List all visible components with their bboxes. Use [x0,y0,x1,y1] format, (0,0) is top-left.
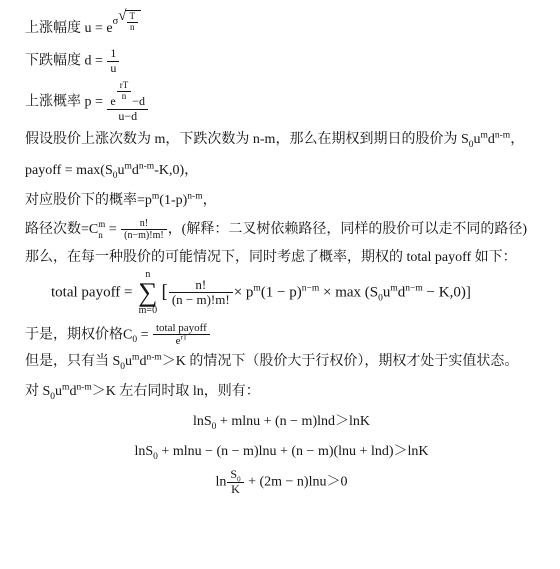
fraction-rT-n: rTn [117,81,132,102]
fraction-denominator: (n − m)!m! [169,293,233,308]
text-run: 但是，只有当 S [25,354,120,369]
text-run: × p [234,284,254,300]
fraction-numerator: 1 [107,47,119,62]
exponent-block: σ√Tn [113,10,141,33]
summation-symbol: n∑m=0 [138,270,157,316]
formula-ln-step3: lnS0K + (2m − n)lnu＞0 [25,468,538,497]
fraction-S0-K: S0K [227,468,243,497]
text-run: u [125,354,132,369]
fraction-numerator: n! [121,218,167,230]
formula-path-count: 路径次数=Cmn = n!(n−m)!m!，(解释：二叉树依赖路径，同样的股价可… [25,218,538,241]
fraction-numerator: n! [169,278,233,294]
superscript-rT: rT [181,334,188,342]
fraction-denominator: u [107,62,119,76]
numerator-tail: −d [132,94,145,108]
fraction-denominator: u−d [107,110,148,124]
formula-up-factor-label: 上涨幅度 u = e [25,21,113,36]
paragraph-total-payoff-intro: 那么，在每一种股价的可能情况下，同时考虑了概率，期权的 total payoff… [25,246,538,266]
text-run: 路径次数=C [25,222,98,237]
superscript-n-m: n-m [187,191,202,201]
fraction-denominator: erT [153,335,210,348]
superscript-n-m: n−m [302,283,320,293]
open-bracket: [ [162,281,168,302]
fraction-discount: total payofferT [153,322,210,348]
text-run: u [55,384,62,399]
formula-payoff: payoff = max(S0umdn-m-K,0)， [25,159,538,179]
fraction-1-u: 1u [107,47,119,76]
text-run: ＞K 左右同时取 ln，则有： [92,384,260,399]
text-run: -K,0)， [154,163,198,178]
superscript-n-m: n-m [139,161,154,171]
formula-ln-step1: lnS0 + mlnu + (n − m)lnd＞lnK [25,410,538,430]
superscript-n-m: n-m [146,352,161,362]
text-run: payoff = max(S [25,163,113,178]
superscript-m: m [480,130,487,140]
paragraph-assumption: 假设股价上涨次数为 m，下跌次数为 n-m，那么在期权到期日的股价为 S0umd… [25,128,538,148]
formula-option-price: 于是，期权价格C0 = total payofferT [25,322,538,348]
text-run: ，(解释：二叉树依赖路径，同样的股价可以走不同的路径) [168,222,527,237]
formula-up-probability-label: 上涨概率 p = [25,95,106,110]
superscript-n-m: n-m [495,130,510,140]
document-page: 上涨幅度 u = eσ√Tn 下跌幅度 d = 1u 上涨概率 p = erTn… [0,0,560,497]
text-run: ln [216,475,227,490]
fraction-numerator: erTn−d [107,81,148,110]
text-run: + (2m − n)lnu＞0 [245,475,348,490]
formula-total-payoff-sum: total payoff = n∑m=0[n!(n − m)!m!× pm(1 … [51,270,538,316]
text-run: (1-p) [159,193,187,208]
sqrt-content: Tn [125,10,142,33]
sqrt-expression: √Tn [118,10,141,33]
fraction-numerator: S0 [227,468,243,483]
text-run: (1 − p) [261,284,302,300]
text-run: 那么，在每一种股价的可能情况下，同时考虑了概率，期权的 total payoff… [25,250,517,265]
text-run: = [137,327,152,342]
formula-probability: 对应股价下的概率=pm(1-p)n-m， [25,189,538,209]
fraction-denominator: K [227,483,243,497]
text-run: = [105,222,120,237]
text-run: 对 S [25,384,50,399]
fraction-denominator: (n−m)!m! [121,230,167,241]
sum-lower-limit: m=0 [139,306,157,316]
paragraph-itm-condition: 但是，只有当 S0umdn-m＞K 的情况下（股价大于行权价），期权才处于实值状… [25,350,538,370]
formula-up-factor: 上涨幅度 u = eσ√Tn [25,10,538,37]
formula-down-factor: 下跌幅度 d = 1u [25,47,538,76]
fraction-p: erTn−du−d [107,81,148,123]
fraction-combination: n!(n − m)!m! [169,278,233,309]
text-run: lnS [134,444,153,459]
text-run: 假设股价上涨次数为 m，下跌次数为 n-m，那么在期权到期日的股价为 S [25,132,469,147]
text-run: + mlnu + (n − m)lnd＞lnK [216,414,370,429]
fraction-combination: n!(n−m)!m! [121,218,167,241]
e-base: e [110,94,115,108]
superscript-m: m [124,161,131,171]
text-run: total payoff = [51,284,136,300]
fraction-denominator: n [127,23,139,33]
text-run: ， [203,193,217,208]
formula-up-probability: 上涨概率 p = erTn−du−d [25,81,538,123]
fraction-T-n: Tn [127,12,139,33]
formula-down-factor-label: 下跌幅度 d = [25,53,106,68]
text-run: d [132,163,139,178]
text-run: d [488,132,495,147]
fraction-denominator: n [117,92,132,102]
text-run: 于是，期权价格C [25,327,132,342]
formula-ln-step2: lnS0 + mlnu − (n − m)lnu + (n − m)(lnu +… [25,440,538,460]
text-run: × max (S [319,284,378,300]
text-run: ＞K 的情况下（股价大于行权价），期权才处于实值状态。 [162,354,519,369]
superscript-n-m: n−m [405,283,423,293]
text-run: 对应股价下的概率=p [25,193,152,208]
text-run: + mlnu − (n − m)lnu + (n − m)(lnu + lnd)… [158,444,429,459]
sigma-sum-icon: ∑ [138,280,157,306]
paragraph-take-ln: 对 S0umdn-m＞K 左右同时取 ln，则有： [25,380,538,400]
superscript-m: m [390,283,397,293]
text-run: ， [510,132,524,147]
superscript-m: m [253,283,260,293]
text-run: − K,0)] [423,284,471,300]
text-run: lnS [193,414,212,429]
superscript-n-m: n-m [76,382,91,392]
